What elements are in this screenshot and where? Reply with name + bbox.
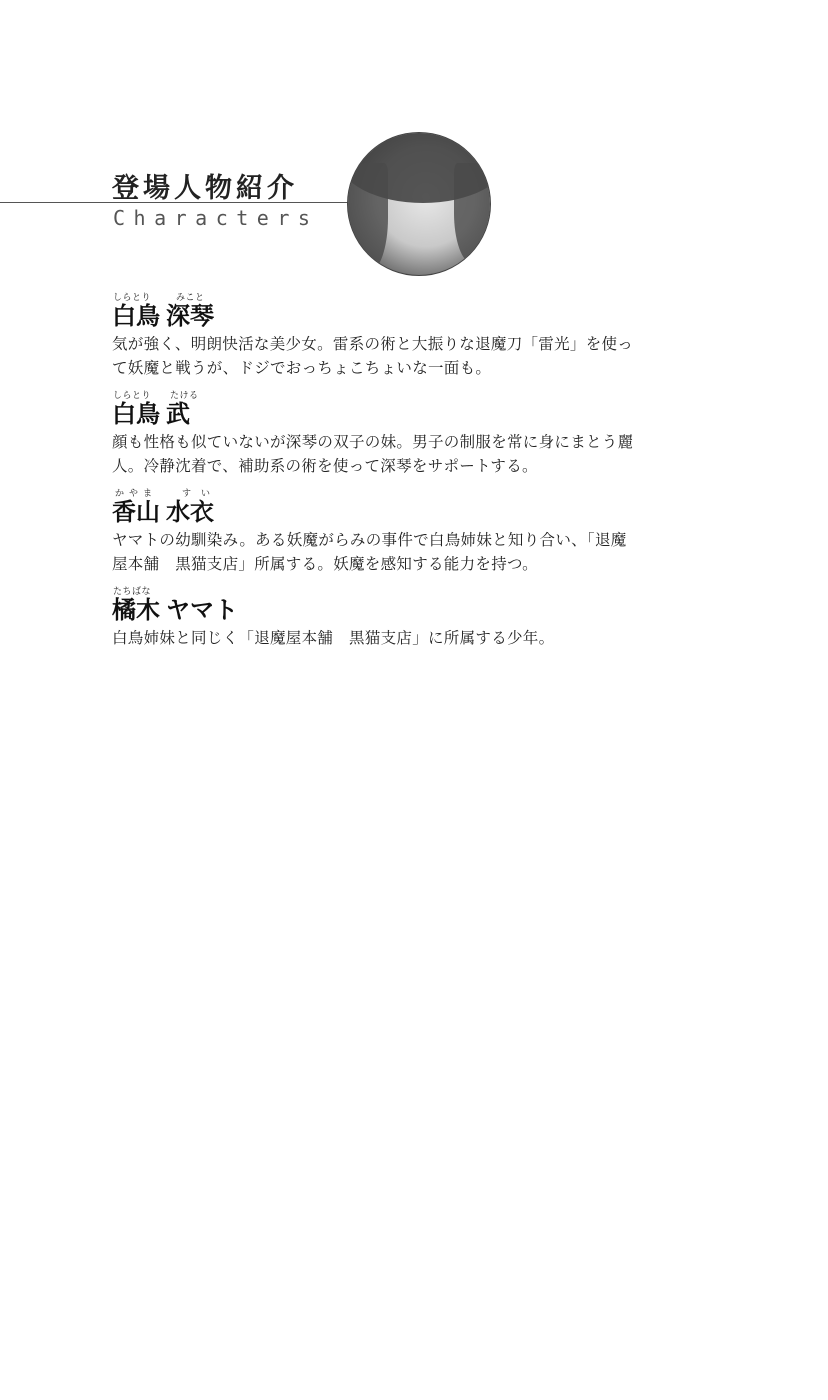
given-name: 深琴 [166, 301, 214, 330]
character-name-block: しらとり たける 白鳥武 [112, 388, 652, 430]
character-entry: しらとり たける 白鳥武 顔も性格も似ていないが深琴の双子の妹。男子の制服を常に… [112, 388, 652, 478]
description-line: 人。冷静沈着で、補助系の術を使って深琴をサポートする。 [112, 454, 652, 478]
page-title: 登場人物紹介 [112, 166, 298, 205]
portrait-hair-right-shape [454, 163, 490, 263]
description-line: 顔も性格も似ていないが深琴の双子の妹。男子の制服を常に身にまとう麗 [112, 430, 652, 454]
surname: 白鳥 [112, 301, 160, 330]
character-entry: たちばな 橘木ヤマト 白鳥姉妹と同じく「退魔屋本舗 黒猫支店」に所属する少年。 [112, 584, 652, 650]
description-line: ヤマトの幼馴染み。ある妖魔がらみの事件で白鳥姉妹と知り合い、「退魔 [112, 528, 652, 552]
character-description: 気が強く、明朗快活な美少女。雷系の術と大振りな退魔刀「雷光」を使っ て妖魔と戦う… [112, 332, 652, 380]
page-subtitle: Characters [113, 206, 318, 230]
character-description: 顔も性格も似ていないが深琴の双子の妹。男子の制服を常に身にまとう麗 人。冷静沈着… [112, 430, 652, 478]
description-line: 気が強く、明朗快活な美少女。雷系の術と大振りな退魔刀「雷光」を使っ [112, 332, 652, 356]
surname: 香山 [112, 497, 160, 526]
given-name: 水衣 [166, 497, 214, 526]
surname: 橘木 [112, 595, 160, 624]
portrait-hair-left-shape [348, 163, 388, 273]
surname: 白鳥 [112, 399, 160, 428]
description-line: 屋本舗 黒猫支店」所属する。妖魔を感知する能力を持つ。 [112, 552, 652, 576]
character-name-block: かやま すい 香山水衣 [112, 486, 652, 528]
character-name: 白鳥武 [112, 399, 190, 429]
character-list: しらとり みこと 白鳥深琴 気が強く、明朗快活な美少女。雷系の術と大振りな退魔刀… [112, 290, 652, 658]
character-description: ヤマトの幼馴染み。ある妖魔がらみの事件で白鳥姉妹と知り合い、「退魔 屋本舗 黒猫… [112, 528, 652, 576]
character-portrait-image [347, 132, 491, 276]
character-entry: かやま すい 香山水衣 ヤマトの幼馴染み。ある妖魔がらみの事件で白鳥姉妹と知り合… [112, 486, 652, 576]
description-line: 白鳥姉妹と同じく「退魔屋本舗 黒猫支店」に所属する少年。 [112, 626, 652, 650]
given-name: ヤマト [166, 595, 238, 624]
character-name-block: たちばな 橘木ヤマト [112, 584, 652, 626]
page-header: 登場人物紹介 Characters [0, 0, 828, 290]
title-divider [0, 202, 352, 203]
character-name: 橘木ヤマト [112, 595, 238, 625]
character-entry: しらとり みこと 白鳥深琴 気が強く、明朗快活な美少女。雷系の術と大振りな退魔刀… [112, 290, 652, 380]
description-line: て妖魔と戦うが、ドジでおっちょこちょいな一面も。 [112, 356, 652, 380]
character-name-block: しらとり みこと 白鳥深琴 [112, 290, 652, 332]
character-name: 香山水衣 [112, 497, 214, 527]
character-name: 白鳥深琴 [112, 301, 214, 331]
character-description: 白鳥姉妹と同じく「退魔屋本舗 黒猫支店」に所属する少年。 [112, 626, 652, 650]
given-name: 武 [166, 399, 190, 428]
